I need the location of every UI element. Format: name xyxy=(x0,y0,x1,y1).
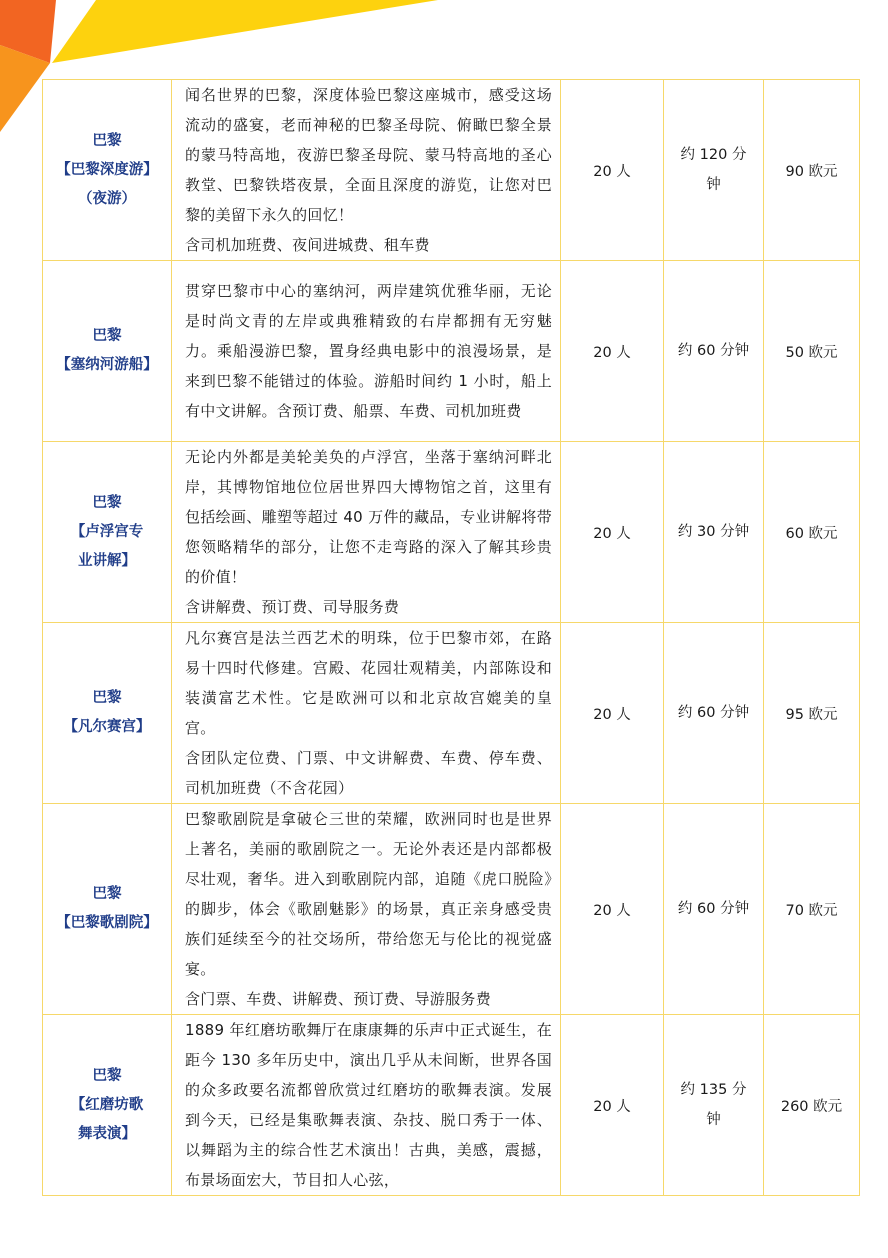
tour-description: 闻名世界的巴黎，深度体验巴黎这座城市，感受这场流动的盛宴，老而神秘的巴黎圣母院、… xyxy=(185,80,552,230)
table-row: 巴黎 【卢浮宫专业讲解】 无论内外都是美轮美奂的卢浮宫，坐落于塞纳河畔北岸，其博… xyxy=(43,442,860,623)
tour-duration-cell: 约 30 分钟 xyxy=(664,442,764,623)
table-row: 巴黎 【红磨坊歌舞表演】 1889 年红磨坊歌舞厅在康康舞的乐声中正式诞生，在距… xyxy=(43,1015,860,1196)
tour-duration-cell: 约 60 分钟 xyxy=(664,623,764,804)
tour-name-cell: 巴黎 【巴黎歌剧院】 xyxy=(43,804,172,1015)
tour-group-size: 20 人 xyxy=(561,80,664,261)
tour-duration: 约 60 分钟 xyxy=(678,336,749,366)
tour-description-cell: 贯穿巴黎市中心的塞纳河，两岸建筑优雅华丽，无论是时尚文青的左岸或典雅精致的右岸都… xyxy=(172,261,561,442)
tour-group-size: 20 人 xyxy=(561,623,664,804)
tour-name-cell: 巴黎 【卢浮宫专业讲解】 xyxy=(43,442,172,623)
tour-title: 【凡尔赛宫】 xyxy=(43,713,171,742)
tour-duration-cell: 约 60 分钟 xyxy=(664,261,764,442)
tour-name-cell: 巴黎 【塞纳河游船】 xyxy=(43,261,172,442)
tour-price: 90 欧元 xyxy=(764,80,860,261)
tour-city: 巴黎 xyxy=(43,322,171,351)
tour-group-size: 20 人 xyxy=(561,442,664,623)
tour-description-cell: 凡尔赛宫是法兰西艺术的明珠，位于巴黎市郊，在路易十四时代修建。宫殿、花园壮观精美… xyxy=(172,623,561,804)
table-row: 巴黎 【巴黎歌剧院】 巴黎歌剧院是拿破仑三世的荣耀，欧洲同时也是世界上著名，美丽… xyxy=(43,804,860,1015)
tour-description: 贯穿巴黎市中心的塞纳河，两岸建筑优雅华丽，无论是时尚文青的左岸或典雅精致的右岸都… xyxy=(185,276,552,426)
tour-description-cell: 1889 年红磨坊歌舞厅在康康舞的乐声中正式诞生，在距今 130 多年历史中，演… xyxy=(172,1015,561,1196)
tour-price: 260 欧元 xyxy=(764,1015,860,1196)
tour-name-cell: 巴黎 【红磨坊歌舞表演】 xyxy=(43,1015,172,1196)
tour-group-size: 20 人 xyxy=(561,804,664,1015)
tour-duration: 约 60 分钟 xyxy=(678,894,749,924)
tour-city: 巴黎 xyxy=(43,127,171,156)
tour-duration-cell: 约 135 分钟 xyxy=(664,1015,764,1196)
tour-duration: 约 120 分钟 xyxy=(678,140,750,200)
table-row: 巴黎 【巴黎深度游】 （夜游） 闻名世界的巴黎，深度体验巴黎这座城市，感受这场流… xyxy=(43,80,860,261)
tour-price: 95 欧元 xyxy=(764,623,860,804)
tour-includes: 含司机加班费、夜间进城费、租车费 xyxy=(185,230,552,260)
tour-city: 巴黎 xyxy=(43,684,171,713)
tour-duration: 约 135 分钟 xyxy=(678,1075,750,1135)
tour-includes: 含讲解费、预订费、司导服务费 xyxy=(185,592,552,622)
tour-description: 无论内外都是美轮美奂的卢浮宫，坐落于塞纳河畔北岸，其博物馆地位位居世界四大博物馆… xyxy=(185,442,552,592)
tour-name-cell: 巴黎 【凡尔赛宫】 xyxy=(43,623,172,804)
tour-city: 巴黎 xyxy=(43,1062,171,1091)
tour-price: 70 欧元 xyxy=(764,804,860,1015)
tour-price: 50 欧元 xyxy=(764,261,860,442)
tour-group-size: 20 人 xyxy=(561,1015,664,1196)
tour-title: 【塞纳河游船】 xyxy=(43,351,171,380)
tour-description: 1889 年红磨坊歌舞厅在康康舞的乐声中正式诞生，在距今 130 多年历史中，演… xyxy=(185,1015,552,1195)
tour-description-cell: 无论内外都是美轮美奂的卢浮宫，坐落于塞纳河畔北岸，其博物馆地位位居世界四大博物馆… xyxy=(172,442,561,623)
yellow-wedge-shape xyxy=(52,0,438,63)
tour-duration: 约 30 分钟 xyxy=(678,517,749,547)
table-row: 巴黎 【塞纳河游船】 贯穿巴黎市中心的塞纳河，两岸建筑优雅华丽，无论是时尚文青的… xyxy=(43,261,860,442)
tour-title: 【巴黎深度游】 xyxy=(43,156,171,185)
tour-title: 【巴黎歌剧院】 xyxy=(43,909,171,938)
tour-includes: 含门票、车费、讲解费、预订费、导游服务费 xyxy=(185,984,552,1014)
tour-duration: 约 60 分钟 xyxy=(678,698,749,728)
tour-description: 巴黎歌剧院是拿破仑三世的荣耀，欧洲同时也是世界上著名，美丽的歌剧院之一。无论外表… xyxy=(185,804,552,984)
tour-pricing-table: 巴黎 【巴黎深度游】 （夜游） 闻名世界的巴黎，深度体验巴黎这座城市，感受这场流… xyxy=(42,79,860,1196)
tour-city: 巴黎 xyxy=(43,489,171,518)
tour-duration-cell: 约 120 分钟 xyxy=(664,80,764,261)
tour-description-cell: 巴黎歌剧院是拿破仑三世的荣耀，欧洲同时也是世界上著名，美丽的歌剧院之一。无论外表… xyxy=(172,804,561,1015)
tour-price: 60 欧元 xyxy=(764,442,860,623)
tour-city: 巴黎 xyxy=(43,880,171,909)
red-orange-shape xyxy=(0,0,56,63)
tour-duration-cell: 约 60 分钟 xyxy=(664,804,764,1015)
tour-includes: 含团队定位费、门票、中文讲解费、车费、停车费、司机加班费（不含花园） xyxy=(185,743,552,803)
tour-title: 【红磨坊歌舞表演】 xyxy=(43,1091,171,1149)
tour-description: 凡尔赛宫是法兰西艺术的明珠，位于巴黎市郊，在路易十四时代修建。宫殿、花园壮观精美… xyxy=(185,623,552,743)
table-row: 巴黎 【凡尔赛宫】 凡尔赛宫是法兰西艺术的明珠，位于巴黎市郊，在路易十四时代修建… xyxy=(43,623,860,804)
tour-subtitle: （夜游） xyxy=(43,185,171,214)
tour-description-cell: 闻名世界的巴黎，深度体验巴黎这座城市，感受这场流动的盛宴，老而神秘的巴黎圣母院、… xyxy=(172,80,561,261)
tour-name-cell: 巴黎 【巴黎深度游】 （夜游） xyxy=(43,80,172,261)
tour-title: 【卢浮宫专业讲解】 xyxy=(43,518,171,576)
tour-group-size: 20 人 xyxy=(561,261,664,442)
